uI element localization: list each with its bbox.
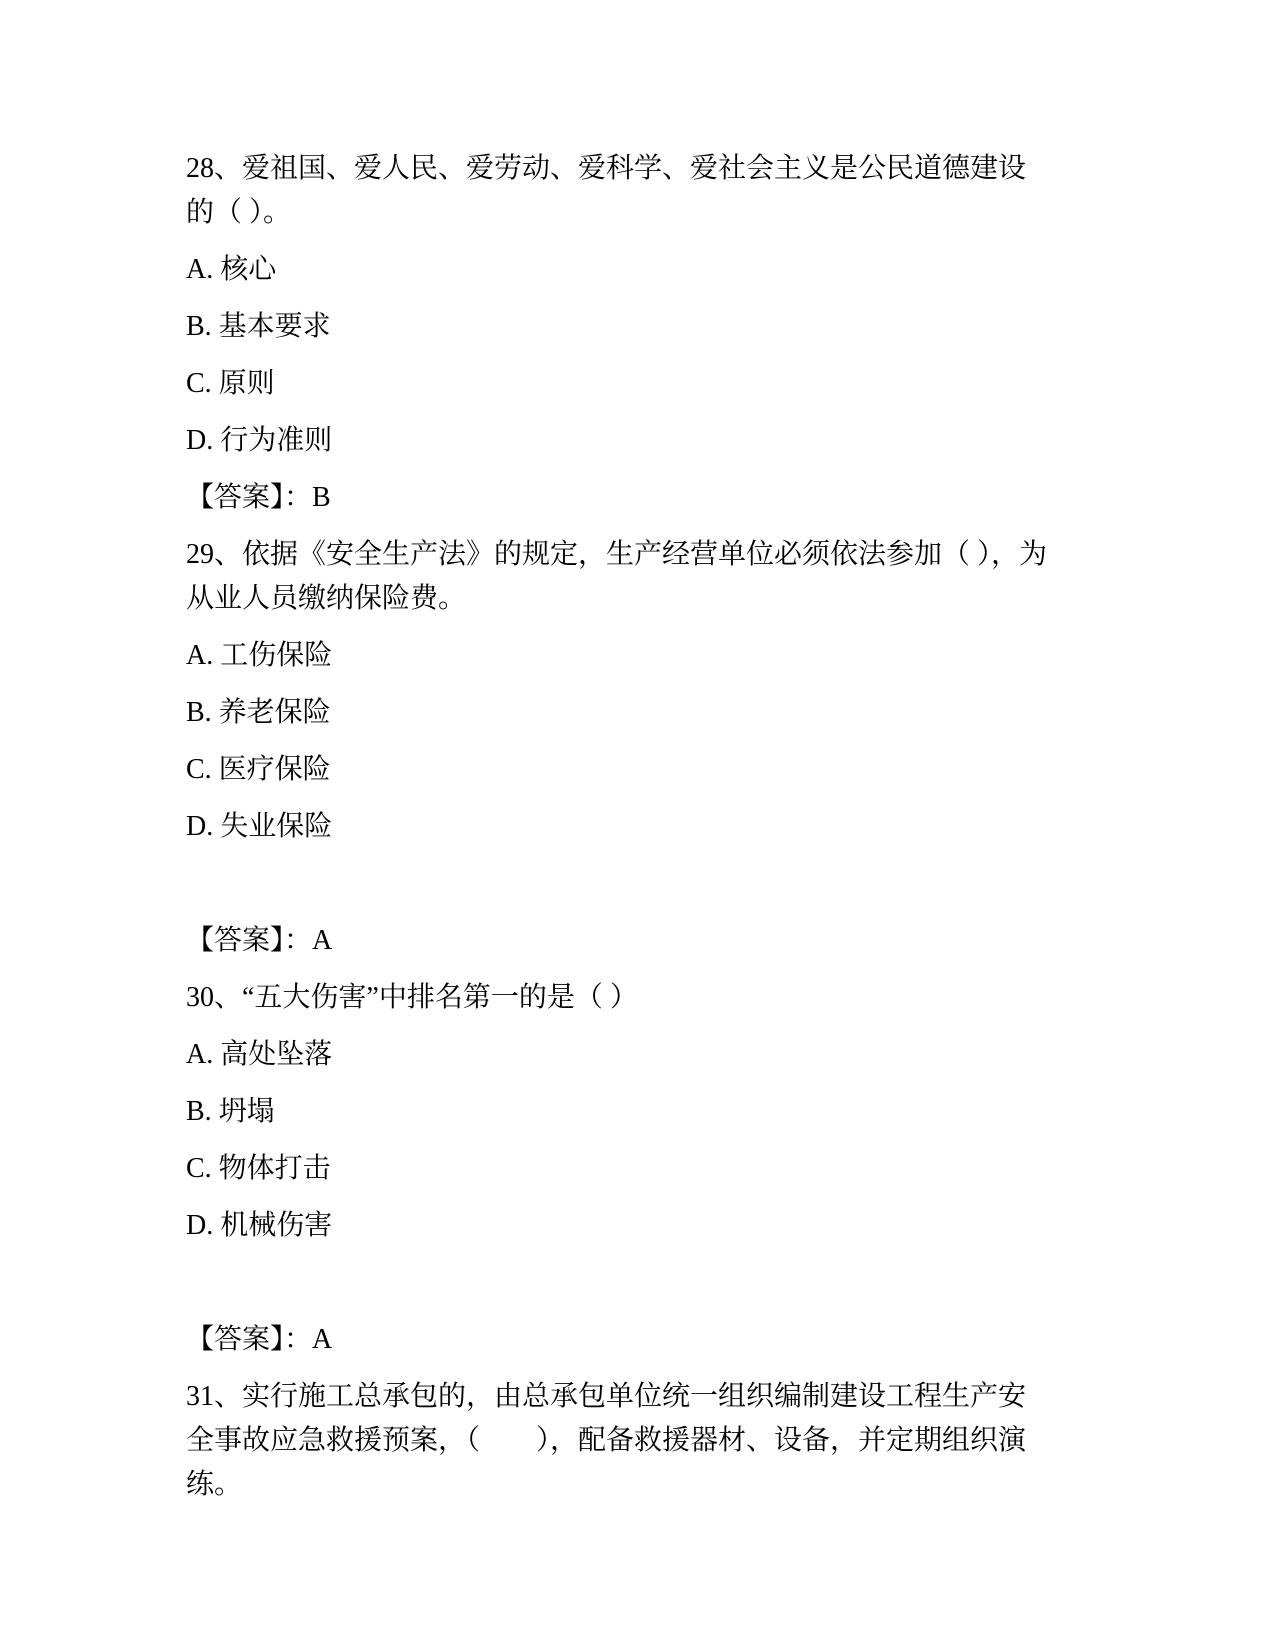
- question-29-option-d: D. 失业保险: [186, 805, 1047, 849]
- question-30-stem: 30、“五大伤害”中排名第一的是（ ）: [186, 976, 1047, 1020]
- blank-line: [186, 862, 1047, 906]
- question-31-stem: 31、实行施工总承包的，由总承包单位统一组织编制建设工程生产安全事故应急救援预案…: [186, 1375, 1047, 1507]
- question-30-option-b: B. 坍塌: [186, 1090, 1047, 1134]
- question-29-option-a: A. 工伤保险: [186, 634, 1047, 678]
- question-28-option-c: C. 原则: [186, 362, 1047, 406]
- question-block-29: 29、依据《安全生产法》的规定，生产经营单位必须依法参加（ ），为从业人员缴纳保…: [186, 533, 1047, 963]
- question-29-answer: 【答案】：A: [186, 919, 1047, 963]
- question-30-answer: 【答案】：A: [186, 1318, 1047, 1362]
- question-block-28: 28、爱祖国、爱人民、爱劳动、爱科学、爱社会主义是公民道德建设的（ ）。 A. …: [186, 147, 1047, 520]
- question-29-option-c: C. 医疗保险: [186, 748, 1047, 792]
- question-28-option-a: A. 核心: [186, 248, 1047, 292]
- question-28-option-d: D. 行为准则: [186, 419, 1047, 463]
- question-29-option-b: B. 养老保险: [186, 691, 1047, 735]
- question-block-31: 31、实行施工总承包的，由总承包单位统一组织编制建设工程生产安全事故应急救援预案…: [186, 1375, 1047, 1507]
- question-30-option-d: D. 机械伤害: [186, 1204, 1047, 1248]
- question-28-stem: 28、爱祖国、爱人民、爱劳动、爱科学、爱社会主义是公民道德建设的（ ）。: [186, 147, 1047, 235]
- question-29-stem: 29、依据《安全生产法》的规定，生产经营单位必须依法参加（ ），为从业人员缴纳保…: [186, 533, 1047, 621]
- question-30-option-c: C. 物体打击: [186, 1147, 1047, 1191]
- question-block-30: 30、“五大伤害”中排名第一的是（ ） A. 高处坠落 B. 坍塌 C. 物体打…: [186, 976, 1047, 1362]
- blank-line: [186, 1261, 1047, 1305]
- question-28-option-b: B. 基本要求: [186, 305, 1047, 349]
- question-30-option-a: A. 高处坠落: [186, 1033, 1047, 1077]
- question-28-answer: 【答案】：B: [186, 476, 1047, 520]
- exam-document-page: 28、爱祖国、爱人民、爱劳动、爱科学、爱社会主义是公民道德建设的（ ）。 A. …: [0, 0, 1275, 1650]
